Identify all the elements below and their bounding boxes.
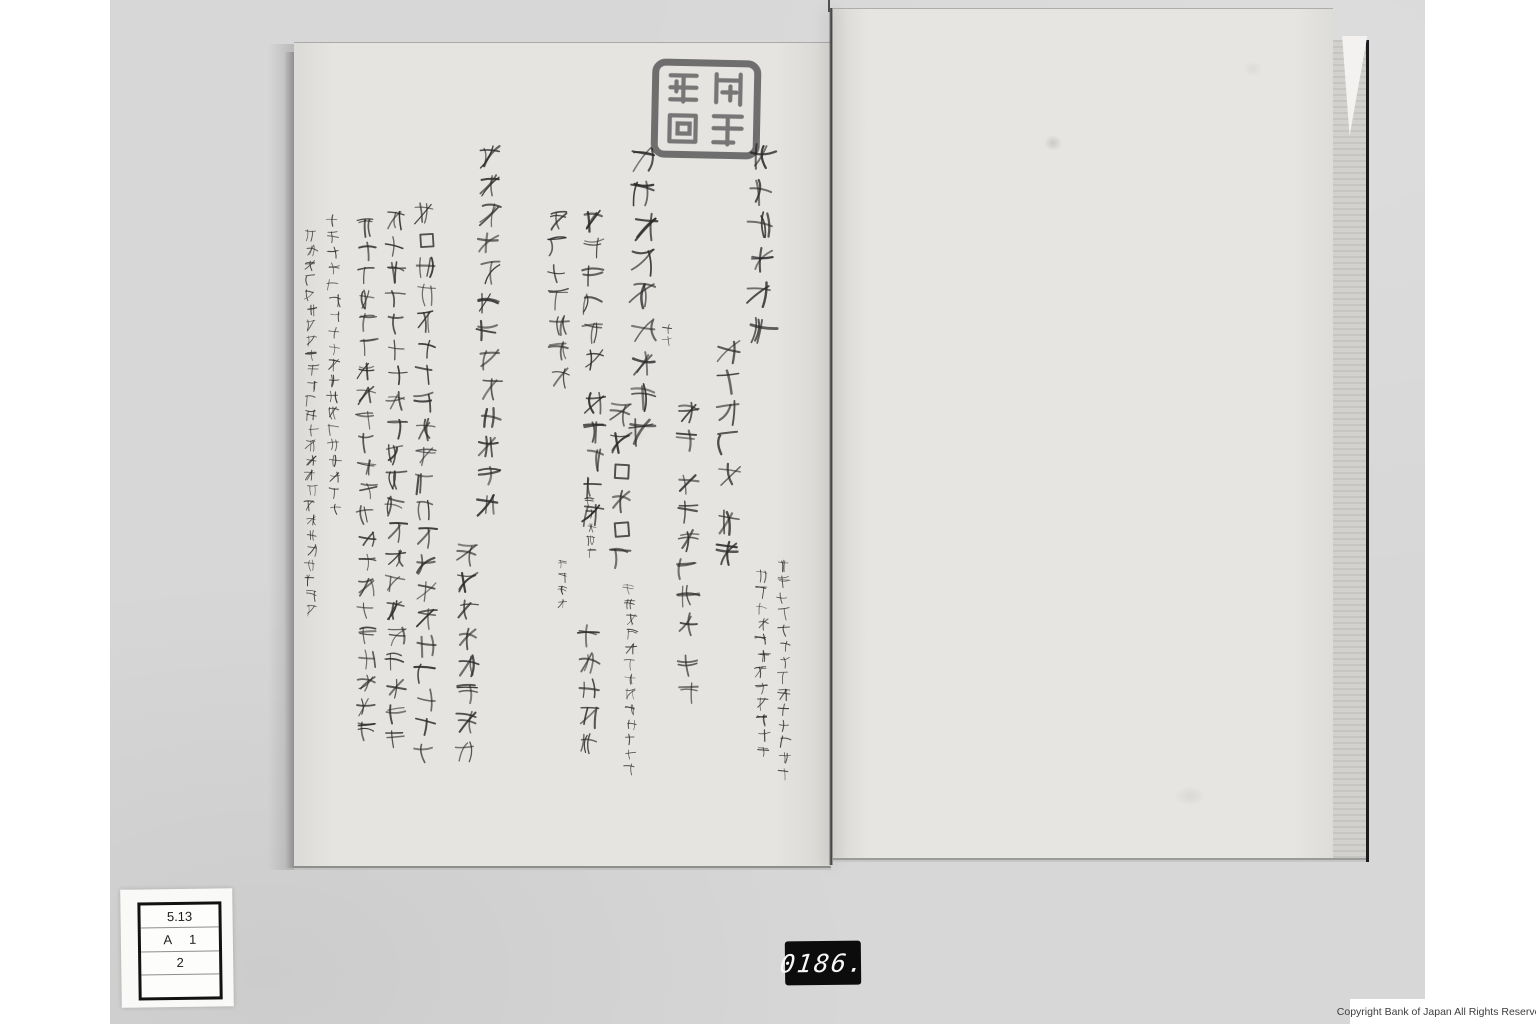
left-page-bottom-edge (294, 866, 831, 874)
right-white-margin (1425, 0, 1536, 1024)
column-find-date (453, 540, 480, 764)
frame-counter: 0186. (785, 941, 861, 986)
column-series-title (744, 138, 778, 348)
column-coins-note-2 (555, 558, 567, 610)
archive-label-card: 5.13 A 1 2 (120, 888, 234, 1008)
column-site (475, 142, 503, 519)
column-cross-reference (575, 622, 601, 757)
page-edge-stack (1333, 40, 1369, 862)
right-page (833, 8, 1333, 861)
book-gutter-binding (829, 8, 833, 865)
binding-thread (828, 0, 830, 12)
column-author (674, 399, 701, 708)
column-title-note-1 (776, 558, 791, 782)
column-margin-note-1 (326, 213, 341, 517)
frame-counter-digits: 0186. (778, 948, 867, 978)
column-provenance (355, 215, 378, 743)
column-date (606, 399, 634, 573)
column-owner (546, 208, 571, 390)
archive-label-row-1: 5.13 (140, 904, 218, 928)
copyright-strip: Copyright Bank of Japan All Rights Reser… (1350, 999, 1536, 1024)
column-title-note-2 (755, 568, 770, 760)
manuscript-scan-viewport: 5.13 A 1 2 0186. Copyright Bank of Japan… (0, 0, 1536, 1024)
archive-label-table: 5.13 A 1 2 (137, 901, 222, 1000)
column-place-furigana (662, 322, 674, 348)
column-work-title (713, 335, 743, 568)
column-coin-detail (383, 207, 408, 753)
archive-label-row-3: 2 (141, 951, 219, 975)
right-page-bottom-edge (833, 858, 1366, 867)
left-white-margin (0, 0, 110, 1024)
column-date-note (623, 582, 637, 777)
archive-label-row-2: A 1 (141, 928, 219, 952)
column-find-description (412, 200, 438, 767)
column-margin-note-2 (304, 228, 318, 618)
copyright-text: Copyright Bank of Japan All Rights Reser… (1337, 1006, 1536, 1018)
column-coins-note-1 (585, 495, 597, 560)
column-coins (580, 206, 607, 529)
archive-label-row-4 (141, 974, 219, 997)
